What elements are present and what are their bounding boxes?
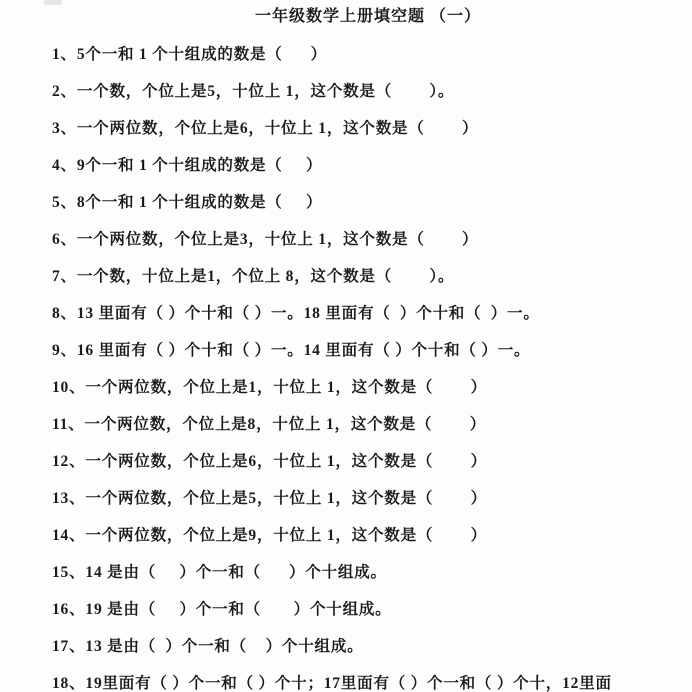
question-line-17: 17、13 是由（ ）个一和（ ）个十组成。 [52,639,692,655]
question-line-6: 6、一个两位数，个位上是3，十位上 1，这个数是（ ） [52,232,692,248]
question-line-3: 3、一个两位数，个位上是6，十位上 1，这个数是（ ） [52,121,692,137]
page-title: 一年级数学上册填空题 （一） [22,8,692,26]
question-line-1: 1、5个一和 1 个十组成的数是（ ） [52,47,692,63]
scan-artifact [44,0,62,5]
question-line-12: 12、一个两位数，个位上是6，十位上 1，这个数是（ ） [52,454,692,470]
question-line-9: 9、16 里面有（ ）个十和（ ）一。14 里面有（ ）个十和（ ）一。 [52,343,692,359]
worksheet-page: 一年级数学上册填空题 （一） 1、5个一和 1 个十组成的数是（ ） 2、一个数… [0,0,692,692]
question-line-15: 15、14 是由（ ）个一和（ ）个十组成。 [52,565,692,581]
question-line-2: 2、一个数，个位上是5，十位上 1，这个数是（ ）。 [52,84,692,100]
question-line-11: 11、一个两位数，个位上是8，十位上 1，这个数是（ ） [52,417,692,433]
question-line-16: 16、19 是由（ ）个一和（ ）个十组成。 [52,602,692,618]
question-line-5: 5、8个一和 1 个十组成的数是（ ） [52,195,692,211]
question-line-7: 7、一个数，十位上是1，个位上 8，这个数是（ ）。 [52,269,692,285]
question-line-18: 18、19里面有（ ）个一和（ ）个十；17里面有（ ）个一和（ ）个十，12里… [52,676,692,692]
question-line-14: 14、一个两位数，个位上是9，十位上 1，这个数是（ ） [52,528,692,544]
question-line-13: 13、一个两位数，个位上是5，十位上 1，这个数是（ ） [52,491,692,507]
question-line-4: 4、9个一和 1 个十组成的数是（ ） [52,158,692,174]
question-list: 1、5个一和 1 个十组成的数是（ ） 2、一个数，个位上是5，十位上 1，这个… [0,47,692,692]
question-line-10: 10、一个两位数，个位上是1，十位上 1，这个数是（ ） [52,380,692,396]
question-line-8: 8、13 里面有（ ）个十和（ ）一。18 里面有（ ）个十和（ ）一。 [52,306,692,322]
